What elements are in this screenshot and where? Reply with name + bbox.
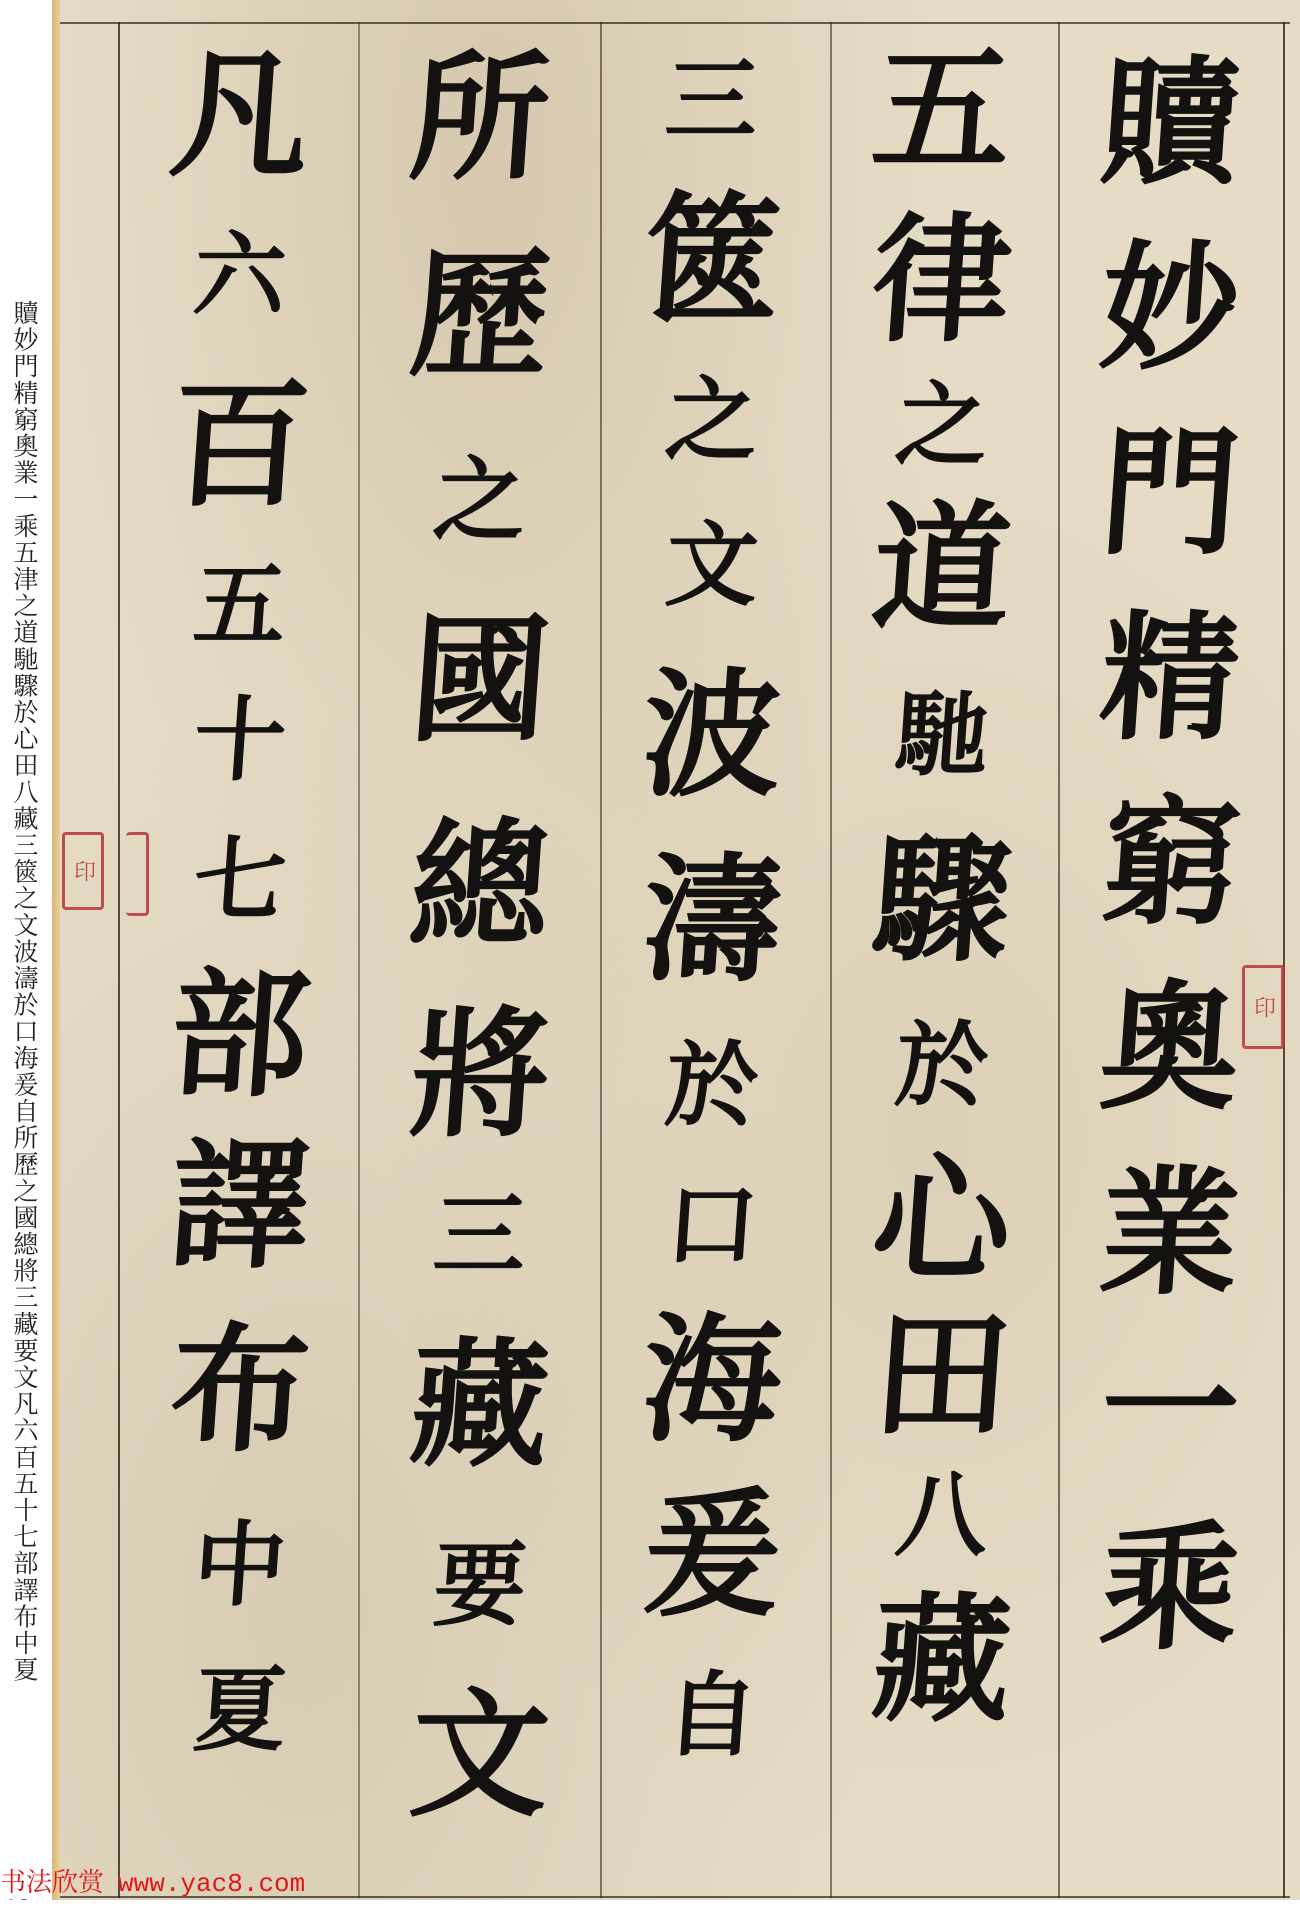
column-rule — [1283, 22, 1285, 1898]
character: 五 — [189, 540, 290, 670]
character: 奧 — [1095, 955, 1246, 1140]
character: 窮 — [1095, 770, 1246, 955]
character: 之 — [429, 425, 532, 575]
character: 之 — [661, 350, 763, 490]
character: 三 — [429, 1165, 531, 1305]
character: 藏 — [867, 1575, 1017, 1745]
character: 中 — [189, 1490, 292, 1640]
calligraphy-column-3: 三 篋 之 文 波 濤 於 口 海 爰 自 — [602, 30, 822, 1890]
seal-stamp: 印 — [62, 832, 104, 910]
character: 凡 — [165, 30, 315, 200]
character: 門 — [1095, 400, 1246, 585]
character: 於 — [661, 1010, 764, 1160]
character: 律 — [867, 190, 1018, 370]
character: 濤 — [637, 830, 788, 1010]
column-rule — [118, 22, 120, 1898]
character: 驟 — [867, 815, 1017, 985]
character: 國 — [404, 575, 557, 785]
character: 業 — [1095, 1140, 1246, 1325]
character: 八 — [892, 1455, 992, 1575]
site-watermark: 书法欣赏www.yac8.com — [0, 1862, 305, 1899]
character: 海 — [637, 1290, 788, 1470]
watermark-label: 书法欣赏 — [0, 1868, 104, 1898]
bottom-margin — [0, 1900, 1300, 1928]
character: 波 — [636, 640, 787, 830]
character: 藏 — [404, 1305, 556, 1505]
character: 乘 — [1095, 1495, 1246, 1680]
character: 布 — [164, 1290, 316, 1490]
character: 爰 — [637, 1470, 787, 1640]
character: 部 — [165, 950, 315, 1120]
column-rule — [358, 22, 360, 1898]
character: 五 — [867, 30, 1016, 190]
character: 之 — [892, 370, 992, 480]
character: 心 — [868, 1145, 1017, 1295]
character: 口 — [661, 1160, 762, 1290]
calligraphy-column-2: 五 律 之 道 馳 驟 於 心 田 八 藏 — [832, 30, 1052, 1890]
seal-stamp: 印 — [1242, 965, 1285, 1049]
character: 自 — [661, 1640, 764, 1790]
character: 七 — [189, 810, 291, 950]
character: 一 — [1095, 1325, 1245, 1495]
character: 十 — [189, 670, 291, 810]
character: 田 — [867, 1295, 1016, 1455]
character: 精 — [1095, 585, 1246, 770]
calligraphy-column-1: 贖 妙 門 精 窮 奧 業 一 乘 — [1060, 30, 1280, 1890]
paper-edge — [52, 0, 60, 1928]
character: 妙 — [1095, 215, 1246, 400]
character: 贖 — [1095, 30, 1246, 215]
seal-stamp-half — [126, 832, 149, 916]
transcription-text: 贖妙門精窮奧業一乘五津之道馳驟於心田八藏三篋之文波濤於口海爰自所歷之國總將三藏要… — [10, 300, 38, 1683]
character: 三 — [661, 30, 763, 170]
character: 所 — [405, 30, 555, 205]
character: 夏 — [189, 1640, 291, 1780]
watermark-url: www.yac8.com — [118, 1869, 305, 1899]
calligraphy-column-5: 凡 六 百 五 十 七 部 譯 布 中 夏 — [130, 30, 350, 1890]
character: 於 — [890, 985, 993, 1145]
character: 要 — [428, 1505, 531, 1665]
character: 歷 — [403, 205, 556, 425]
top-rule — [60, 22, 1290, 24]
calligraphy-column-4: 所 歷 之 國 總 將 三 藏 要 文 — [370, 30, 590, 1890]
character: 馳 — [890, 655, 993, 815]
character: 總 — [404, 785, 556, 985]
character: 篋 — [637, 170, 788, 350]
character: 譯 — [165, 1120, 315, 1290]
character: 百 — [164, 350, 315, 540]
character: 文 — [405, 1665, 556, 1845]
character: 將 — [405, 985, 556, 1165]
character: 道 — [867, 480, 1017, 655]
character: 六 — [189, 200, 292, 350]
character: 文 — [661, 490, 764, 640]
